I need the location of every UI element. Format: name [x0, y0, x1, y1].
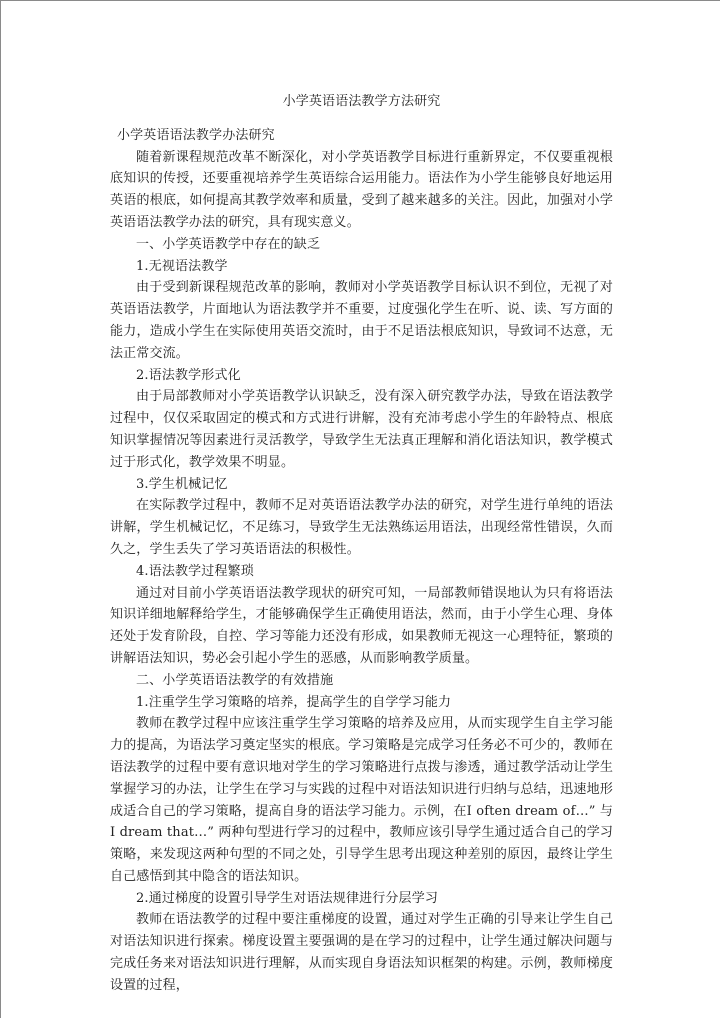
paragraph-2-2: 教师在语法教学的过程中要注重梯度的设置，通过对学生正确的引导来让学生自己对语法知… [110, 909, 613, 996]
subsection-heading-2-1: 1.注重学生学习策略的培养，提高学生的自学学习能力 [110, 692, 613, 714]
paragraph-1-2: 由于局部教师对小学英语教学认识缺乏，没有深入研究教学办法，导致在语法教学过程中，… [110, 386, 613, 473]
subsection-heading-1-3: 3.学生机械记忆 [110, 474, 613, 496]
subsection-heading-1-1: 1.无视语法教学 [110, 256, 613, 278]
paragraph-1-3: 在实际教学过程中，教师不足对英语语法教学办法的研究，对学生进行单纯的语法讲解，学… [110, 495, 613, 560]
document-page: 小学英语语法教学方法研究 小学英语语法教学办法研究 随着新课程规范改革不断深化，… [0, 0, 720, 1018]
paragraph-1-4: 通过对目前小学英语语法教学现状的研究可知，一局部教师错误地认为只有将语法知识详细… [110, 583, 613, 670]
subsection-heading-1-4: 4.语法教学过程繁琐 [110, 561, 613, 583]
section-heading-1: 一、小学英语教学中存在的缺乏 [110, 234, 613, 256]
paragraph-2-1: 教师在教学过程中应该注重学生学习策略的培养及应用，从而实现学生自主学习能力的提高… [110, 713, 613, 887]
paragraph-1-1: 由于受到新课程规范改革的影响，教师对小学英语教学目标认识不到位，无视了对英语语法… [110, 277, 613, 364]
paragraph-intro: 随着新课程规范改革不断深化，对小学英语教学目标进行重新界定，不仅要重视根底知识的… [110, 147, 613, 234]
subsection-heading-2-2: 2.通过梯度的设置引导学生对语法规律进行分层学习 [110, 888, 613, 910]
document-body: 小学英语语法教学方法研究 小学英语语法教学办法研究 随着新课程规范改革不断深化，… [110, 91, 613, 997]
subsection-heading-1-2: 2.语法教学形式化 [110, 365, 613, 387]
document-subtitle: 小学英语语法教学办法研究 [110, 125, 613, 147]
document-title: 小学英语语法教学方法研究 [110, 91, 613, 113]
section-heading-2: 二、小学英语语法教学的有效措施 [110, 670, 613, 692]
